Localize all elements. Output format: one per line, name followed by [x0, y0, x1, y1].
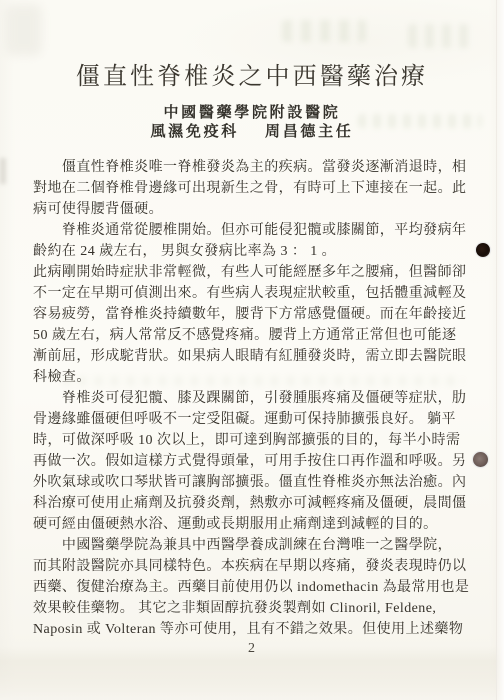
text-line: 效果較佳藥物。 其它之非類固醇抗發炎製劑如 Clinoril, Feldene,	[33, 598, 495, 619]
text-line: 而其附設醫院亦具同樣特色。本疾病在早期以疼痛，發炎表現時仍以	[33, 556, 495, 577]
text-line: 齡約在 24 歲左右， 男與女發病比率為 3 ： 1 。	[33, 241, 495, 262]
text-line: 漸前屈，形成駝背狀。如果病人眼睛有紅腫發炎時，需立即去醫院眼	[33, 346, 495, 367]
document-body: 僵直性脊椎炎唯一脊椎發炎為主的疾病。當發炎逐漸消退時，相對地在二個脊椎骨邊緣可出…	[33, 157, 495, 640]
text-line: 時，可做深呼吸 10 次以上，即可達到胸部擴張的目的，每半小時需	[33, 430, 495, 451]
text-line: 病可使得腰背僵硬。	[33, 199, 495, 220]
text-line: 對地在二個脊椎骨邊緣可出現新生之骨，有時可上下連接在一起。此	[33, 178, 495, 199]
document-title: 僵直性脊椎炎之中西醫藥治療	[0, 56, 504, 91]
text-line: 脊椎炎通常從腰椎開始。但亦可能侵犯髖或膝關節，平均發病年	[33, 220, 495, 241]
text-line: Naposin 或 Volteran 等亦可使用，且有不錯之效果。但使用上述藥物	[33, 619, 495, 640]
text-line: 脊椎炎可侵犯髖、膝及踝關節，引發腫脹疼痛及僵硬等症狀，肋	[33, 388, 495, 409]
text-line: 不一定在早期可偵測出來。有些病人表現症狀較重，包括體重減輕及	[33, 283, 495, 304]
scan-smudge-top-left	[6, 4, 42, 56]
text-line: 硬可經由僵硬熱水浴、運動或長期服用止痛劑達到減輕的目的。	[33, 514, 495, 535]
bleed-through-mark-top-right-2	[408, 24, 470, 48]
author-name: 周昌德主任	[265, 124, 354, 140]
text-line: 科治療可使用止痛劑及抗發炎劑，熱敷亦可減輕疼痛及僵硬，晨間僵	[33, 493, 495, 514]
department-author-line: 風濕免疫科周昌德主任	[0, 120, 504, 141]
paragraph: 中國醫藥學院為兼具中西醫學養成訓練在台灣唯一之醫學院，而其附設醫院亦具同樣特色。…	[33, 535, 495, 640]
text-line: 外吹氣球或吹口琴狀皆可讓胸部擴張。僵直性脊椎炎亦無法治癒。內	[33, 472, 495, 493]
text-line: 容易疲勞，當脊椎炎持續數年，腰背下方常感覺僵硬。而在年齡接近	[33, 304, 495, 325]
text-line: 此病剛開始時症狀非常輕微，有些人可能經歷多年之腰痛，但醫師卻	[33, 262, 495, 283]
hospital-name: 中國醫藥學院附設醫院	[0, 101, 504, 122]
text-line: 中國醫藥學院為兼具中西醫學養成訓練在台灣唯一之醫學院，	[33, 535, 495, 556]
page-number: 2	[0, 641, 504, 657]
text-line: 再做一次。假如這樣方式覺得頭暈，可用手按住口再作溫和呼吸。另	[33, 451, 495, 472]
text-line: 骨邊緣雖僵硬但呼吸不一定受阻礙。運動可保持肺擴張良好。 躺平	[33, 409, 495, 430]
hole-punch-dark-dot	[476, 243, 490, 257]
text-line: 科檢查。	[33, 367, 495, 388]
text-line: 僵直性脊椎炎唯一脊椎發炎為主的疾病。當發炎逐漸消退時，相	[33, 157, 495, 178]
text-line: 50 歲左右，病人常常反不感覺疼痛。腰背上方通常正常但也可能逐	[33, 325, 495, 346]
bleed-through-mark-top-right	[282, 20, 366, 42]
hole-punch-brown-dot	[473, 452, 488, 467]
department-name: 風濕免疫科	[150, 124, 239, 140]
text-line: 西藥、復健治療為主。西藥目前使用仍以 indomethacin 為最常用也是	[33, 577, 495, 598]
scanned-document-page: 僵直性脊椎炎之中西醫藥治療 中國醫藥學院附設醫院 風濕免疫科周昌德主任 僵直性脊…	[0, 0, 504, 700]
paragraph: 脊椎炎可侵犯髖、膝及踝關節，引發腫脹疼痛及僵硬等症狀，肋骨邊緣雖僵硬但呼吸不一定…	[33, 388, 495, 535]
paragraph: 脊椎炎通常從腰椎開始。但亦可能侵犯髖或膝關節，平均發病年齡約在 24 歲左右， …	[33, 220, 495, 388]
paragraph: 僵直性脊椎炎唯一脊椎發炎為主的疾病。當發炎逐漸消退時，相對地在二個脊椎骨邊緣可出…	[33, 157, 495, 220]
scan-left-edge-smudge	[0, 158, 6, 184]
